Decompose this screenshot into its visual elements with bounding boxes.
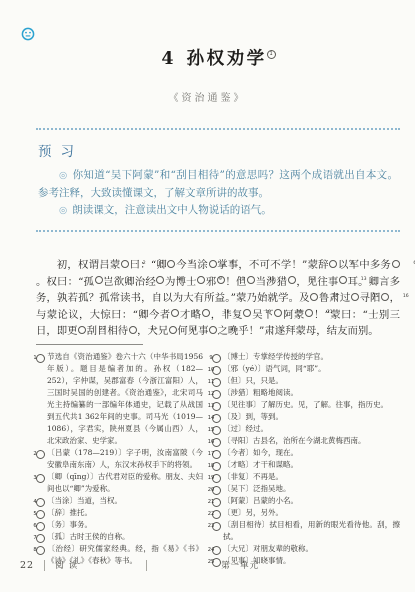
footnote-number-badge: 15 xyxy=(212,426,221,435)
footnote-number-badge: 23 xyxy=(129,326,137,334)
preview-section: 预习 ◎你知道“吴下阿蒙”和“刮目相待”的意思吗？这两个成语就出自本文。参考注释… xyxy=(36,128,400,232)
footnote-number-badge: 17 xyxy=(171,309,179,317)
footnote-number-badge: 22 xyxy=(212,510,221,519)
footnotes-left-column: 1节选自《资治通鉴》卷六十六（中华书局1956年版）。题目是编者加的。孙权（18… xyxy=(36,351,203,567)
footnote-number-badge: 19 xyxy=(212,474,221,483)
footnote-number-badge: 21 xyxy=(305,309,313,317)
footnote-number-badge: 12 xyxy=(288,276,296,284)
footnote-number-badge: 18 xyxy=(202,309,210,317)
footnote-number-badge: 10 xyxy=(212,366,221,375)
circle-bullet-icon: ◎ xyxy=(59,205,67,216)
footnote-entry: 11〔但〕只，只是。 xyxy=(212,375,400,387)
footnote-number-badge: 9 xyxy=(212,354,221,363)
footnote-entry: 19〔非复〕不再是。 xyxy=(212,471,400,483)
footnote-entry: 20〔吴下〕泛指吴地。 xyxy=(212,483,400,495)
footnote-number-badge: 6 xyxy=(392,260,400,268)
footnote-entry: 5〔辞〕推托。 xyxy=(36,507,203,519)
footnote-entry: 21〔阿蒙〕吕蒙的小名。 xyxy=(212,495,400,507)
footnote-entry: 16〔寻阳〕古县名，治所在今湖北黄梅西南。 xyxy=(212,435,400,447)
footnote-entry: 4〔当涂〕当道，当权。 xyxy=(36,495,203,507)
title-note-ref: 1 xyxy=(267,50,276,59)
footnotes-right-column: 9〔博士〕专掌经学传授的学官。10〔邪（yé）〕语气词，同“耶”。11〔但〕只，… xyxy=(212,351,400,567)
footnote-entry: 14〔及〕到，等到。 xyxy=(212,411,400,423)
footnote-number-badge: 1 xyxy=(36,354,45,363)
lesson-title-text: 孙权劝学 xyxy=(187,49,267,69)
footnotes-section: 1节选自《资治通鉴》卷六十六（中华书局1956年版）。题目是编者加的。孙权（18… xyxy=(36,351,400,567)
footnote-number-badge: 22 xyxy=(78,326,86,334)
footnote-entry: 24〔大兄〕对朋友辈的敬称。 xyxy=(212,543,400,555)
footnote-entry: 13〔见往事〕了解历史。见，了解。往事，指历史。 xyxy=(212,399,400,411)
footnote-number-badge: 2 xyxy=(121,260,129,268)
footnote-number-badge: 12 xyxy=(212,390,221,399)
footnote-entry: 1节选自《资治通鉴》卷六十六（中华书局1956年版）。题目是编者加的。孙权（18… xyxy=(36,351,203,447)
footnote-number-badge: 9 xyxy=(197,276,205,284)
footnote-number-badge: 2 xyxy=(36,450,45,459)
footnote-number-badge: 14 xyxy=(212,414,221,423)
footnote-entry: 15〔过〕经过。 xyxy=(212,423,400,435)
footnote-entry: 12〔涉猎〕粗略地阅读。 xyxy=(212,387,400,399)
footnote-number-badge: 13 xyxy=(212,402,221,411)
footnote-number-badge: 8 xyxy=(36,546,45,555)
footnote-number-badge: 16 xyxy=(212,438,221,447)
footnote-entry: 22〔更〕另，另外。 xyxy=(212,507,400,519)
page-number: 22 xyxy=(20,560,34,571)
footnote-entry: 7〔孤〕古时王侯的自称。 xyxy=(36,531,203,543)
footnote-number-badge: 23 xyxy=(212,522,221,531)
footnote-number-badge: 3 xyxy=(167,260,175,268)
footnote-number-badge: 11 xyxy=(212,378,221,387)
page-footer: 22 阅读 第一单元 xyxy=(0,559,415,571)
footnote-number-badge: 18 xyxy=(212,462,221,471)
footnote-number-badge: 13 xyxy=(339,276,347,284)
footnote-number-badge: 7 xyxy=(36,534,45,543)
footnote-number-badge: 5 xyxy=(329,260,337,268)
source-attribution: 《资治通鉴》 xyxy=(0,89,415,104)
circle-bullet-icon: ◎ xyxy=(59,170,68,181)
footnote-number-badge: 5 xyxy=(36,510,45,519)
footnote-entry: 6〔务〕事务。 xyxy=(36,519,203,531)
smiley-face-icon xyxy=(21,27,35,41)
footnote-entry: 10〔邪（yé）〕语气词，同“耶”。 xyxy=(212,363,400,375)
footnote-number-badge: 15 xyxy=(351,293,359,301)
footnote-number-badge: 6 xyxy=(36,522,45,531)
footnote-number-badge: 17 xyxy=(212,450,221,459)
footer-section-label: 阅读 xyxy=(55,559,82,571)
footnote-entry: 9〔博士〕专掌经学传授的学官。 xyxy=(212,351,400,363)
footnote-number-badge: 21 xyxy=(212,498,221,507)
preview-heading: 预习 xyxy=(38,140,398,160)
footnote-number-badge: 25 xyxy=(209,326,217,334)
footer-divider xyxy=(44,560,45,571)
footnote-number-badge: 19 xyxy=(243,309,251,317)
lesson-title: 4孙权劝学1 xyxy=(36,45,401,70)
footer-divider xyxy=(146,560,147,571)
footnote-number-badge: 11 xyxy=(247,276,255,284)
footnote-entry: 17〔今者〕如今，现在。 xyxy=(212,447,400,459)
footnote-number-badge: 8 xyxy=(156,276,164,284)
footnote-entry: 18〔才略〕才干和谋略。 xyxy=(212,459,400,471)
footnote-number-badge: 24 xyxy=(169,326,177,334)
footnote-entry: 2〔吕蒙（178—219）〕字子明，汝南富陂（今安徽阜南东南）人，东汉末孙权手下… xyxy=(36,447,203,471)
footnote-number-badge: 4 xyxy=(36,498,45,507)
footnote-entry: 23〔刮目相待〕拭目相看，用新的眼光看待他。刮，擦拭。 xyxy=(212,519,400,543)
footnote-number-badge: 7 xyxy=(95,276,103,284)
lesson-body-text: 初，权谓吕蒙2曰：“卿3今当涂4掌事，不可不学！”蒙辞5以军中多务6。权曰：“孤… xyxy=(36,257,400,339)
footnote-number-badge: 24 xyxy=(212,546,221,555)
preview-item-list: ◎你知道“吴下阿蒙”和“刮目相待”的意思吗？这两个成语就出自本文。参考注释，大致… xyxy=(38,167,398,219)
footnote-separator-rule xyxy=(36,344,143,345)
preview-item: ◎你知道“吴下阿蒙”和“刮目相待”的意思吗？这两个成语就出自本文。参考注释，大致… xyxy=(38,167,398,202)
footnote-number-badge: 20 xyxy=(274,309,282,317)
footnote-number-badge: 20 xyxy=(212,486,221,495)
lesson-number: 4 xyxy=(161,49,173,69)
preview-item: ◎朗读课文，注意读出文中人物说话的语气。 xyxy=(38,202,398,220)
footnote-number-badge: 4 xyxy=(209,260,217,268)
footnote-number-badge: 16 xyxy=(381,293,389,301)
footer-unit-label: 第一单元 xyxy=(221,559,259,571)
footnote-entry: 3〔卿（qīng）〕古代君对臣的爱称。朋友、夫妇间也以“卿”为爱称。 xyxy=(36,471,203,495)
annotation-smiley-icon[interactable] xyxy=(21,26,35,40)
footnote-number-badge: 10 xyxy=(217,276,225,284)
footnote-number-badge: 14 xyxy=(310,293,318,301)
footnote-number-badge: 3 xyxy=(36,474,45,483)
